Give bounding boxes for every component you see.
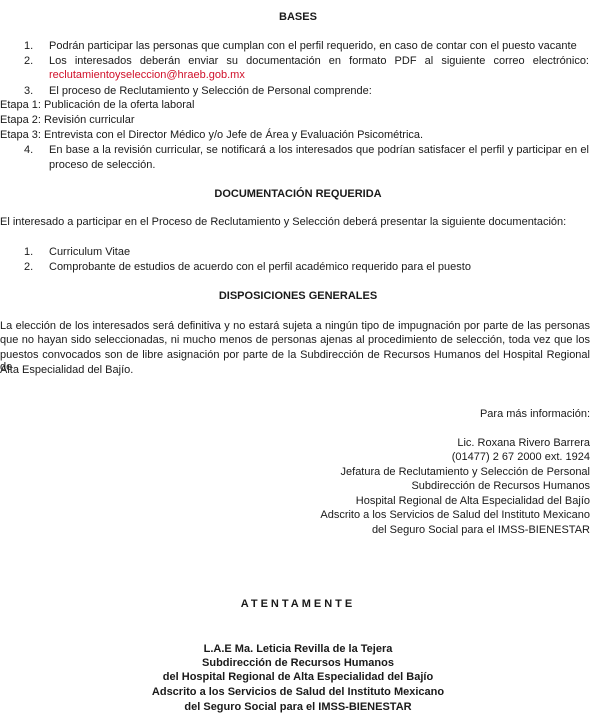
item-number: 2. bbox=[24, 261, 33, 273]
contact-line: Adscrito a los Servicios de Salud del In… bbox=[320, 509, 590, 521]
email-link[interactable]: reclutamientoyseleccion@hraeb.gob.mx bbox=[49, 69, 245, 81]
signatory-line: Adscrito a los Servicios de Salud del In… bbox=[0, 686, 596, 698]
disposiciones-line-4: Alta Especialidad del Bajío. bbox=[0, 364, 133, 376]
stage-2: Etapa 2: Revisión curricular bbox=[0, 114, 135, 126]
bases-heading: BASES bbox=[0, 11, 596, 23]
signatory-line: del Hospital Regional de Alta Especialid… bbox=[0, 671, 596, 683]
disposiciones-line-1: La elección de los interesados será defi… bbox=[0, 320, 590, 332]
contact-phone: (01477) 2 67 2000 ext. 1924 bbox=[452, 451, 590, 463]
item-text: El proceso de Reclutamiento y Selección … bbox=[49, 85, 372, 97]
item-text: Comprobante de estudios de acuerdo con e… bbox=[49, 261, 471, 273]
closing-atentamente: ATENTAMENTE bbox=[0, 598, 596, 610]
contact-line: Hospital Regional de Alta Especialidad d… bbox=[356, 495, 590, 507]
signatory-line: del Seguro Social para el IMSS-BIENESTAR bbox=[0, 701, 596, 713]
item-number: 1. bbox=[24, 40, 33, 52]
signatory-name: L.A.E Ma. Leticia Revilla de la Tejera bbox=[0, 643, 596, 655]
disposiciones-line-2: que no hayan sido seleccionadas, ni much… bbox=[0, 334, 590, 346]
signatory-line: Subdirección de Recursos Humanos bbox=[0, 657, 596, 669]
item-text: Podrán participar las personas que cumpl… bbox=[49, 40, 577, 52]
stage-3: Etapa 3: Entrevista con el Director Médi… bbox=[0, 129, 423, 141]
contact-label: Para más información: bbox=[480, 408, 590, 420]
contact-line: Jefatura de Reclutamiento y Selección de… bbox=[341, 466, 590, 478]
item-text: Los interesados deberán enviar su docume… bbox=[49, 55, 589, 67]
disposiciones-heading: DISPOSICIONES GENERALES bbox=[0, 290, 596, 302]
stage-1: Etapa 1: Publicación de la oferta labora… bbox=[0, 99, 194, 111]
item-number: 3. bbox=[24, 85, 33, 97]
item-text-continued: proceso de selección. bbox=[49, 159, 155, 171]
item-number: 1. bbox=[24, 246, 33, 258]
item-number: 4. bbox=[24, 144, 33, 156]
documentacion-intro: El interesado a participar en el Proceso… bbox=[0, 216, 566, 228]
item-number: 2. bbox=[24, 55, 33, 67]
item-text: Curriculum Vitae bbox=[49, 246, 130, 258]
documentacion-heading: DOCUMENTACIÓN REQUERIDA bbox=[0, 188, 596, 200]
item-text: En base a la revisión curricular, se not… bbox=[49, 144, 589, 156]
contact-name: Lic. Roxana Rivero Barrera bbox=[457, 437, 590, 449]
contact-line: Subdirección de Recursos Humanos bbox=[411, 480, 590, 492]
contact-line: del Seguro Social para el IMSS-BIENESTAR bbox=[372, 524, 590, 536]
